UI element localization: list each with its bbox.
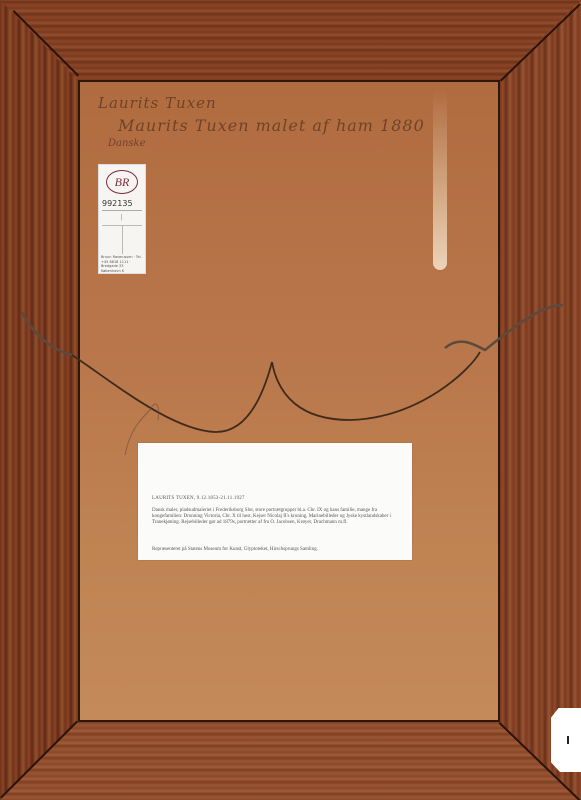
framed-painting-back: Laurits Tuxen Maurits Tuxen malet af ham… [0,0,581,800]
hanging-wire [0,0,581,800]
side-sticker [551,708,581,772]
side-sticker-mark [567,736,569,744]
